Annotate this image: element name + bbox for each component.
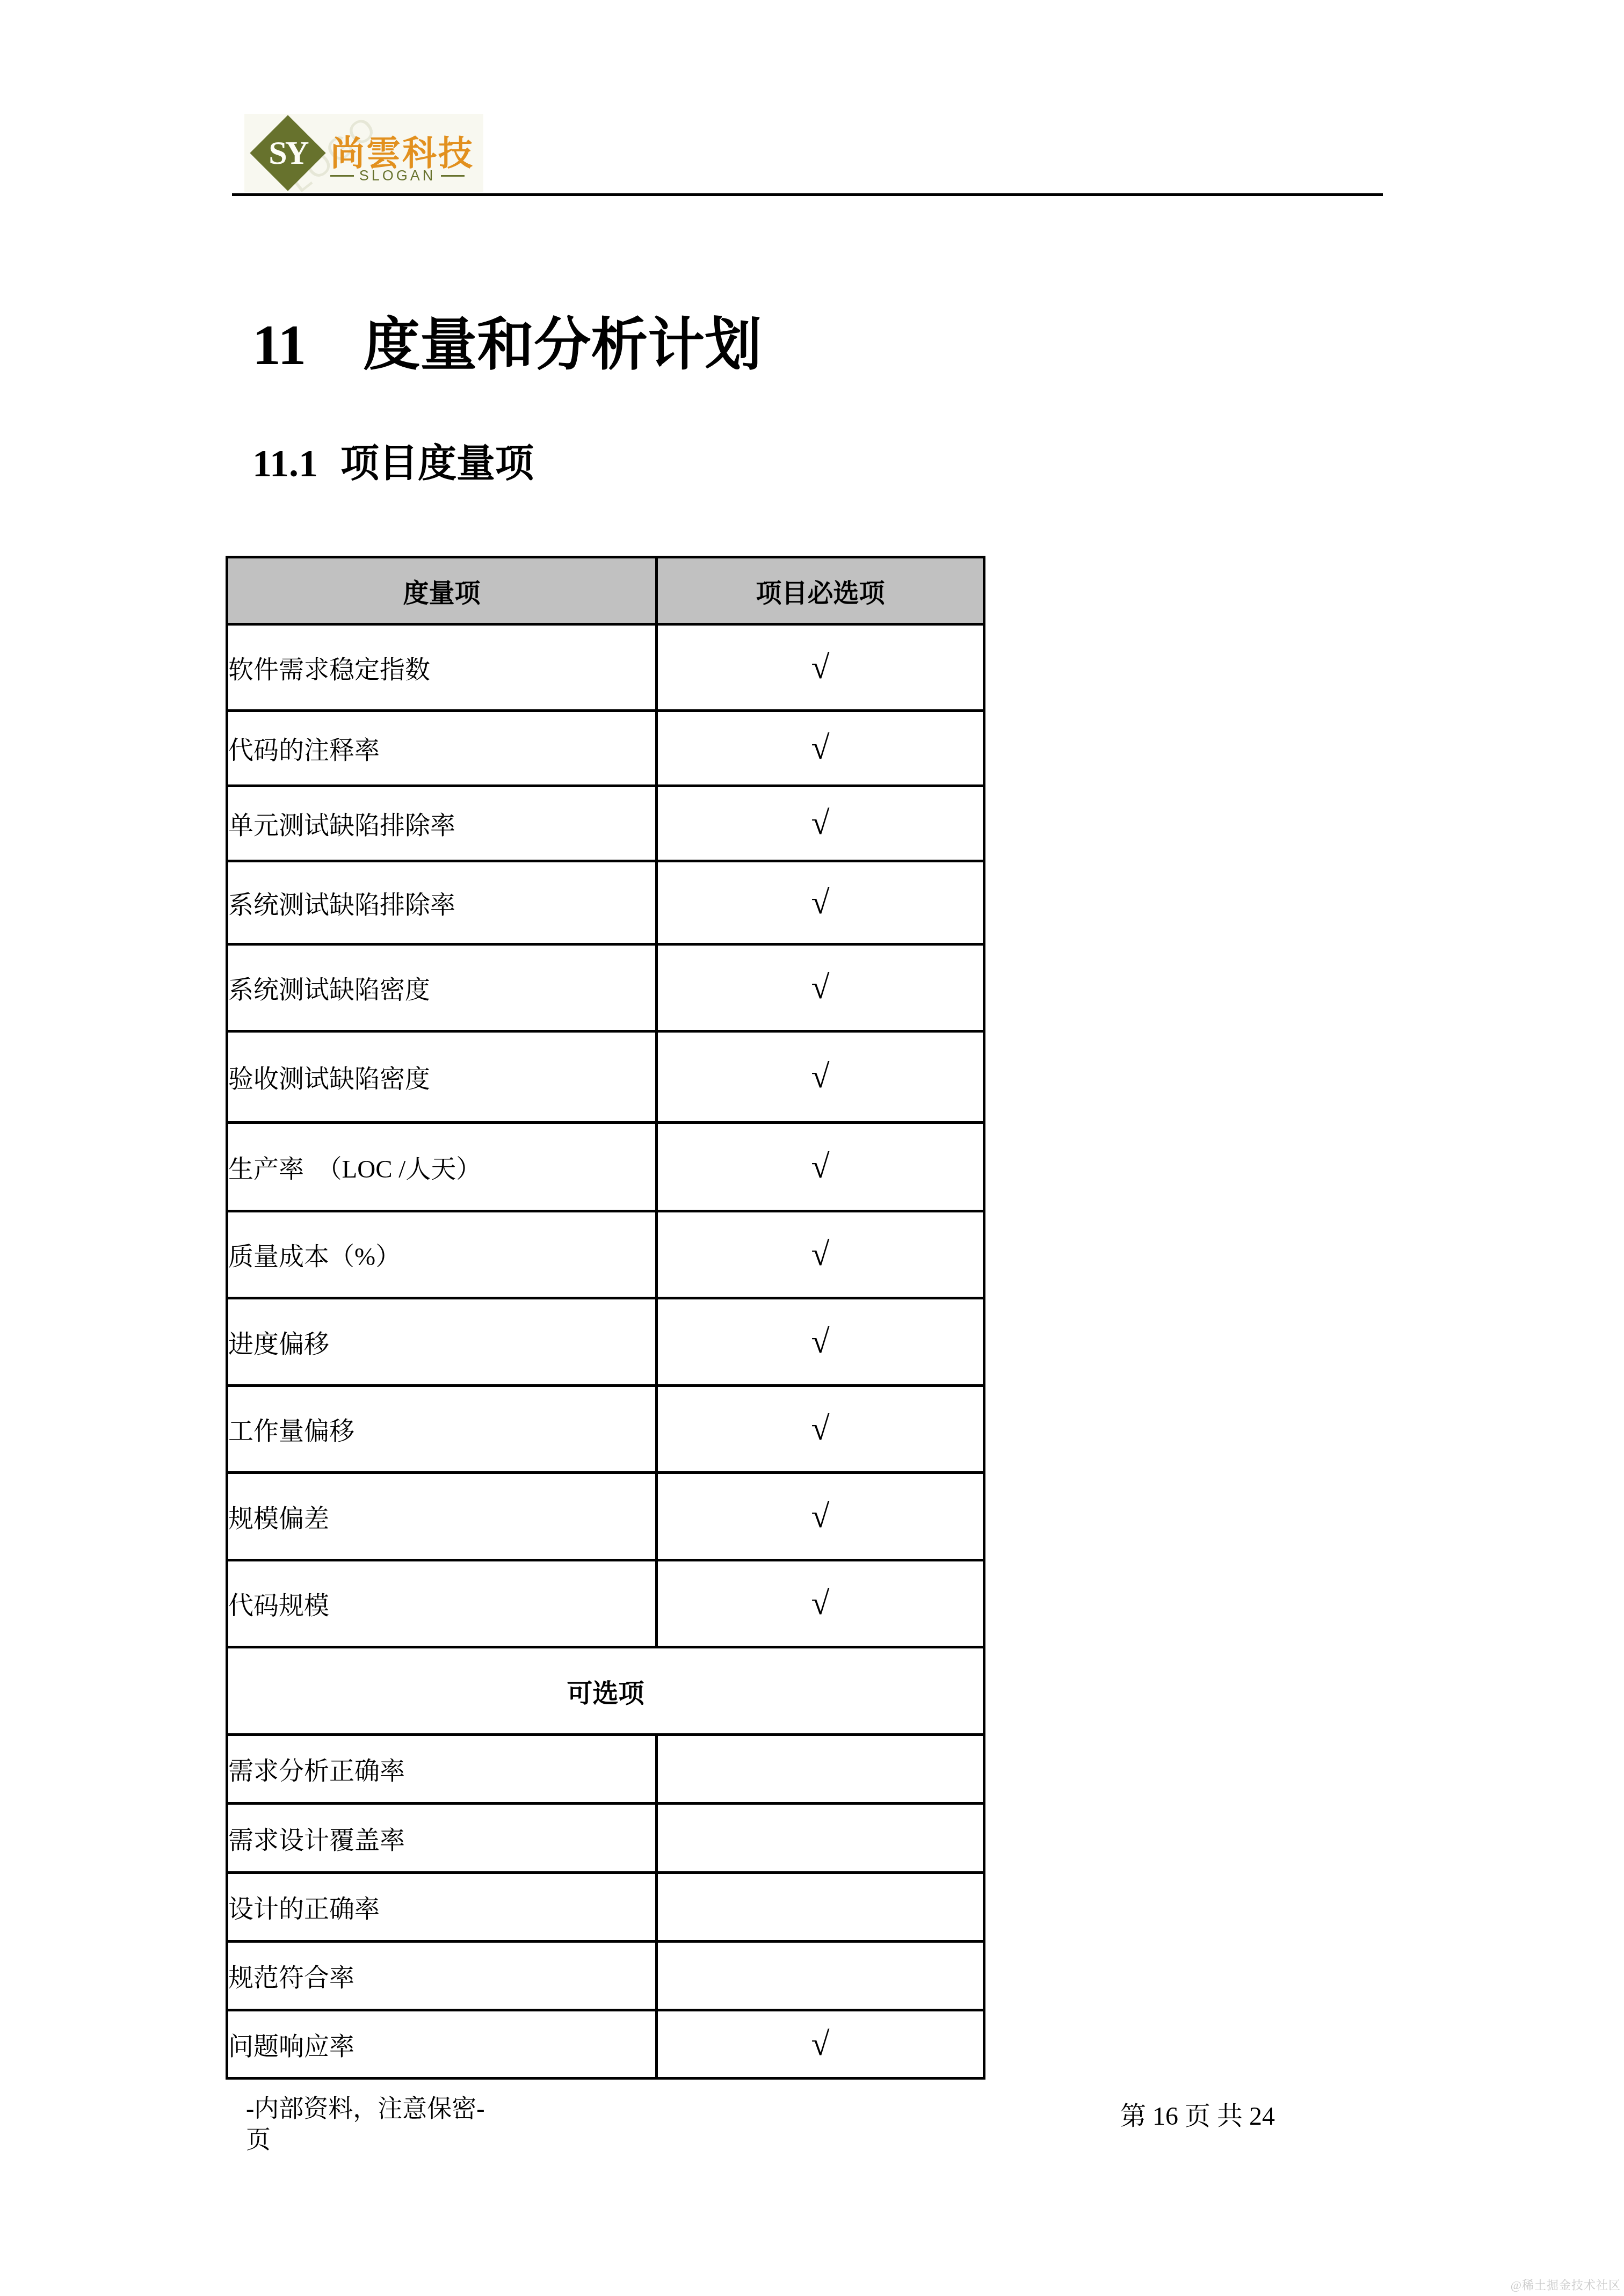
table-row: 软件需求稳定指数 √ xyxy=(227,624,984,711)
table-row: 问题响应率 √ xyxy=(227,2010,984,2079)
metric-name-cell: 单元测试缺陷排除率 xyxy=(227,786,657,861)
metric-name-cell: 质量成本（%） xyxy=(227,1211,657,1298)
metrics-table: 度量项 项目必选项 软件需求稳定指数 √ 代码的注释率 √ 单元测试缺陷排除率 … xyxy=(226,556,985,2080)
metric-name-cell: 需求分析正确率 xyxy=(227,1735,657,1804)
table-row: 设计的正确率 xyxy=(227,1873,984,1942)
optional-divider-row: 可选项 xyxy=(227,1647,984,1735)
chapter-heading: 11度量和分析计划 xyxy=(252,313,762,378)
checkmark: √ xyxy=(657,1123,984,1211)
checkmark xyxy=(657,1735,984,1804)
checkmark: √ xyxy=(657,1473,984,1560)
table-row: 规模偏差 √ xyxy=(227,1473,984,1560)
table-row: 代码的注释率 √ xyxy=(227,711,984,786)
chapter-number: 11 xyxy=(252,314,306,376)
checkmark: √ xyxy=(657,786,984,861)
metric-name-cell: 设计的正确率 xyxy=(227,1873,657,1942)
chapter-title: 度量和分析计划 xyxy=(363,314,762,376)
table-row: 需求设计覆盖率 xyxy=(227,1804,984,1873)
community-watermark: @稀土掘金技术社区 xyxy=(1511,2276,1621,2293)
column-header-mandatory: 项目必选项 xyxy=(657,557,984,624)
metric-name-cell: 系统测试缺陷排除率 xyxy=(227,861,657,944)
logo-monogram: SY xyxy=(269,134,307,172)
section-heading: 11.1项目度量项 xyxy=(252,440,534,486)
footer-confidential-line2: 页 xyxy=(246,2124,485,2155)
checkmark: √ xyxy=(657,2010,984,2079)
slogan-text: SLOGAN xyxy=(359,168,436,184)
table-row: 规范符合率 xyxy=(227,1942,984,2010)
table-row: 系统测试缺陷排除率 √ xyxy=(227,861,984,944)
table-row: 进度偏移 √ xyxy=(227,1298,984,1386)
checkmark: √ xyxy=(657,1386,984,1473)
optional-section-label: 可选项 xyxy=(227,1647,984,1735)
table-row: 工作量偏移 √ xyxy=(227,1386,984,1473)
document-page: LOGO SY 尚雲科技 SLOGAN 11度量和分析计划 11.1项目度量项 … xyxy=(0,0,1624,2296)
metric-name-cell: 需求设计覆盖率 xyxy=(227,1804,657,1873)
checkmark: √ xyxy=(657,1031,984,1123)
table-row: 需求分析正确率 xyxy=(227,1735,984,1804)
checkmark: √ xyxy=(657,944,984,1031)
table-header-row: 度量项 项目必选项 xyxy=(227,557,984,624)
logo-slogan: SLOGAN xyxy=(330,168,465,184)
page-number: 第 16 页 共 24 xyxy=(1120,2095,1275,2132)
checkmark xyxy=(657,1942,984,2010)
table-row: 验收测试缺陷密度 √ xyxy=(227,1031,984,1123)
metric-name-cell: 软件需求稳定指数 xyxy=(227,624,657,711)
table-row: 单元测试缺陷排除率 √ xyxy=(227,786,984,861)
checkmark: √ xyxy=(657,1211,984,1298)
header-divider-rule xyxy=(232,193,1383,196)
section-title: 项目度量项 xyxy=(340,442,534,485)
metric-name-cell: 规范符合率 xyxy=(227,1942,657,2010)
checkmark: √ xyxy=(657,1298,984,1386)
metric-name-cell: 进度偏移 xyxy=(227,1298,657,1386)
checkmark: √ xyxy=(657,624,984,711)
metric-name-cell: 代码规模 xyxy=(227,1560,657,1647)
metric-name-cell: 规模偏差 xyxy=(227,1473,657,1560)
metric-name-cell: 验收测试缺陷密度 xyxy=(227,1031,657,1123)
metric-name-cell: 代码的注释率 xyxy=(227,711,657,786)
logo-diamond-icon: SY xyxy=(253,119,322,187)
table-row: 生产率 （LOC /人天） √ xyxy=(227,1123,984,1211)
checkmark: √ xyxy=(657,711,984,786)
slogan-right-rule xyxy=(441,175,465,177)
metric-name-cell: 生产率 （LOC /人天） xyxy=(227,1123,657,1211)
checkmark: √ xyxy=(657,861,984,944)
metric-name-cell: 工作量偏移 xyxy=(227,1386,657,1473)
checkmark xyxy=(657,1804,984,1873)
section-number: 11.1 xyxy=(252,442,318,485)
column-header-metric: 度量项 xyxy=(227,557,657,624)
checkmark xyxy=(657,1873,984,1942)
company-logo: LOGO SY 尚雲科技 SLOGAN xyxy=(244,114,483,192)
table-row: 代码规模 √ xyxy=(227,1560,984,1647)
table-row: 系统测试缺陷密度 √ xyxy=(227,944,984,1031)
metric-name-cell: 系统测试缺陷密度 xyxy=(227,944,657,1031)
footer-confidential-note: -内部资料，注意保密- 页 xyxy=(246,2093,485,2155)
table-row: 质量成本（%） √ xyxy=(227,1211,984,1298)
footer-confidential-line1: -内部资料，注意保密- xyxy=(246,2093,485,2124)
checkmark: √ xyxy=(657,1560,984,1647)
metric-name-cell: 问题响应率 xyxy=(227,2010,657,2079)
slogan-left-rule xyxy=(330,175,354,177)
